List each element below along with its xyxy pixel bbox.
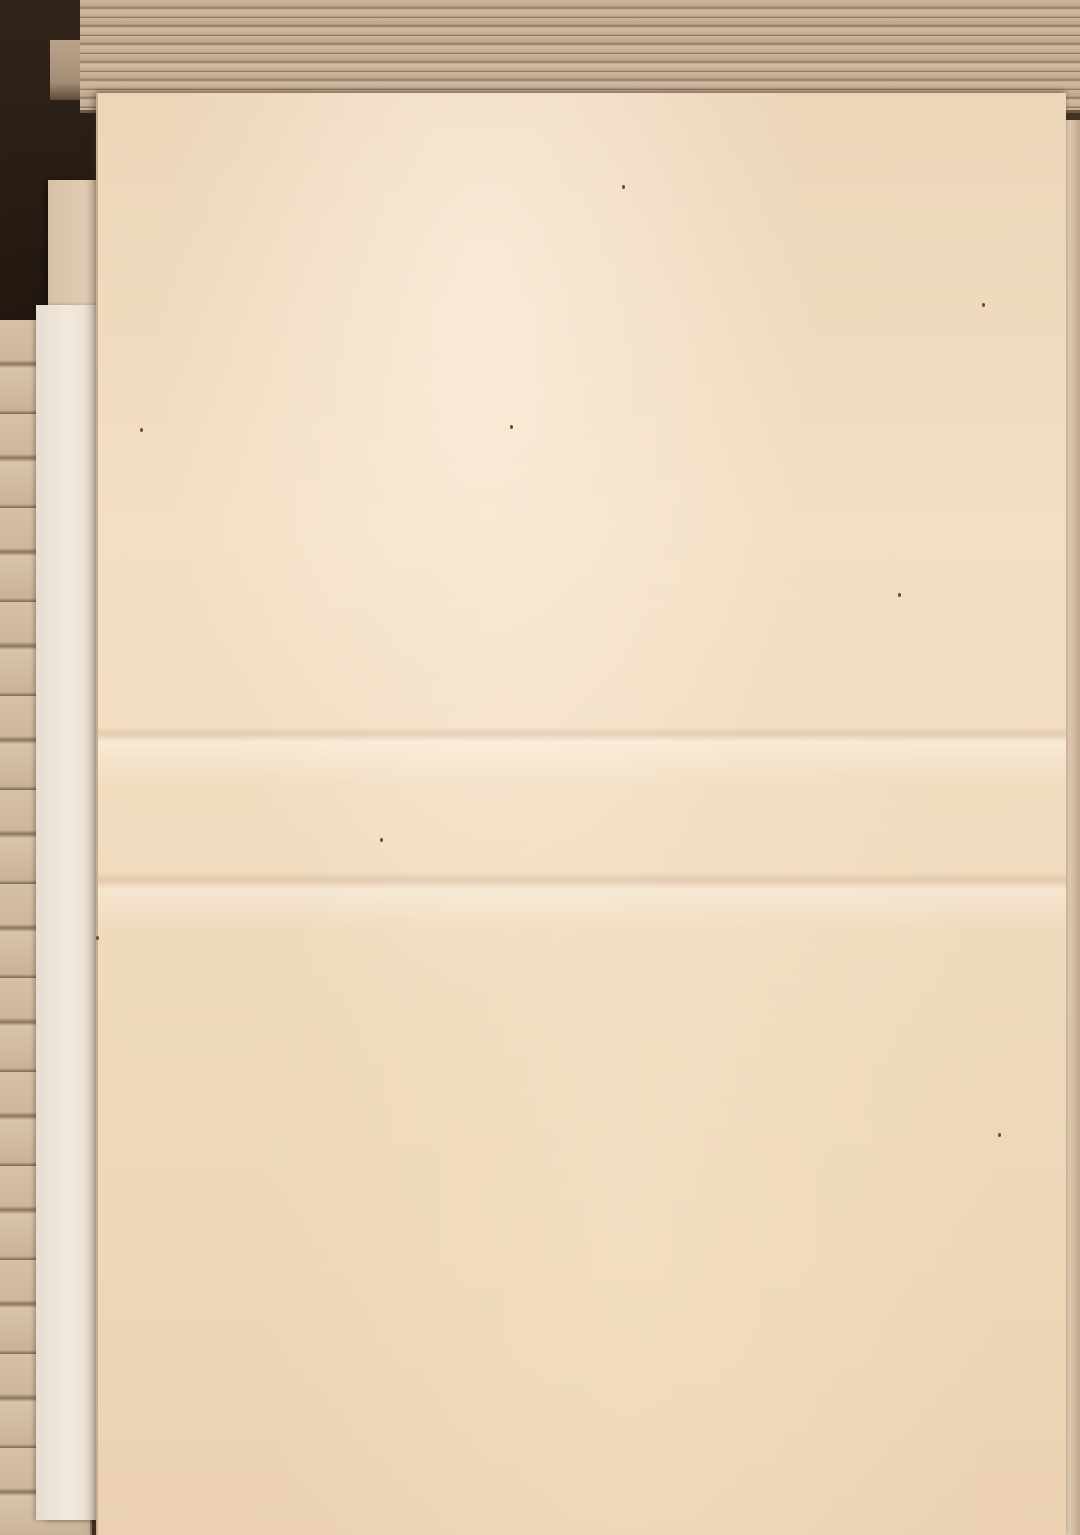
ink-speck — [510, 425, 513, 429]
ink-speck — [96, 936, 99, 940]
paper-photo-scene — [0, 0, 1080, 1535]
blank-aged-paper-sheet — [96, 93, 1066, 1535]
ink-speck — [982, 303, 985, 307]
ink-speck — [140, 428, 143, 432]
ink-speck — [898, 593, 901, 597]
ink-speck — [622, 185, 625, 189]
ink-speck — [380, 838, 383, 842]
ink-speck — [998, 1133, 1001, 1137]
